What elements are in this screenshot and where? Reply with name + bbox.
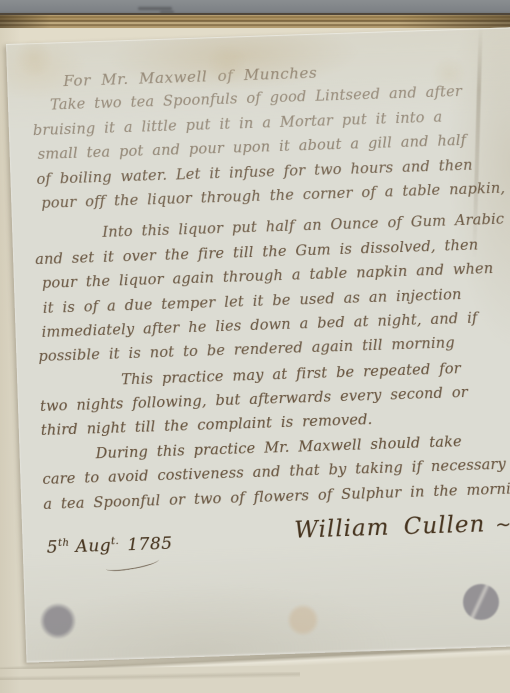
date-line: 5thAugt.1785 <box>46 534 172 558</box>
letter-body: Take two tea Spoonfuls of good Lintseed … <box>24 79 510 517</box>
scanned-letter-page: For Mr. Maxwell of Munches Take two tea … <box>0 0 510 693</box>
wafer-seal-spot <box>463 584 499 620</box>
date-year: 1785 <box>127 534 173 555</box>
scan-smudge <box>138 7 172 10</box>
date-day-suffix: th <box>58 538 70 549</box>
letter-sheet: For Mr. Maxwell of Munches Take two tea … <box>6 27 510 662</box>
wafer-seal-spot <box>40 603 76 639</box>
wafer-seal-spot <box>430 55 468 93</box>
signature-name: William Cullen <box>294 511 486 543</box>
flourish-stroke <box>105 555 160 573</box>
wafer-seal-spot <box>14 38 54 78</box>
signature-flourish: ~ <box>495 513 510 536</box>
date-month: Aug <box>75 536 111 557</box>
wafer-seal-spot <box>205 42 249 86</box>
signature: William Cullen~ <box>294 510 510 543</box>
wafer-seal-spot <box>287 604 319 636</box>
date-month-suffix: t. <box>111 536 120 547</box>
album-crease <box>0 672 300 680</box>
manuscript-text: For Mr. Maxwell of Munches Take two tea … <box>6 28 510 662</box>
scanner-background-band <box>0 0 510 14</box>
